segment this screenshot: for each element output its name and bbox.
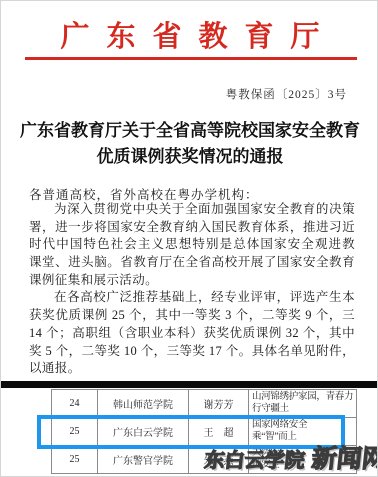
body-line: 在各高校广泛推荐基础上，经专业评审，评选产生本科组 (29, 289, 355, 307)
body-line: 课例征集和展示活动。 (29, 272, 355, 290)
cell-person: 谢芳芳 (189, 390, 249, 418)
page-break-band (1, 381, 378, 388)
body-line: 奖 5 个，二等奖 10 个，三等奖 17 个。具体名单见附件，现予 (29, 343, 355, 361)
cell-course-title: 山河锦绣护家园，青春力 行守疆土 (249, 390, 357, 418)
notice-document-page: 广东省教育厅 粤教保函〔2025〕3号 广东省教育厅关于全省高等院校国家安全教育… (0, 0, 378, 477)
cell-school: 韩山师范学院 (98, 390, 189, 418)
table-row: 24 韩山师范学院 谢芳芳 山河锦绣护家园，青春力 行守疆土 (52, 390, 357, 418)
body-line: 为深入贯彻党中央关于全面加强国家安全教育的决策部 (29, 201, 355, 219)
course-title-line: 山河锦绣护家园，青春力 (252, 392, 353, 404)
notice-title-line-2: 优质课例获奖情况的通报 (1, 144, 378, 170)
notice-title: 广东省教育厅关于全省高等院校国家安全教育 优质课例获奖情况的通报 (1, 118, 378, 170)
notice-title-line-1: 广东省教育厅关于全省高等院校国家安全教育 (1, 118, 378, 144)
body-line: 课堂、进头脑。省教育厅在全省高校开展了国家安全教育优质 (29, 254, 355, 272)
body-line: 署，进一步将国家安全教育纳入国民教育体系，推进习近平新 (29, 219, 355, 237)
cell-school: 广东警官学院 (98, 446, 189, 474)
body-line: 获奖优质课例 25 个，其中一等奖 3 个，二等奖 9 个，三等奖 (29, 307, 355, 325)
body-line: 14 个；高职组（含职业本科）获奖优质课例 32 个，其中一等 (29, 325, 355, 343)
course-title-line: 行守疆土 (252, 404, 353, 416)
body-line: 时代中国特色社会主义思想特别是总体国家安全观进教材、进 (29, 236, 355, 254)
watermark-site-name: 东白云学院 (203, 450, 305, 472)
cell-index: 25 (52, 446, 98, 474)
agency-header: 广东省教育厅 (1, 14, 378, 55)
watermark: 东白云学院新闻网 (203, 439, 378, 475)
doc-number: 粤教保函〔2025〕3号 (226, 86, 347, 102)
body-text: 为深入贯彻党中央关于全面加强国家安全教育的决策部 署，进一步将国家安全教育纳入国… (29, 201, 355, 378)
red-divider (25, 57, 357, 60)
body-line: 以通报。 (29, 360, 355, 378)
cell-index: 24 (52, 390, 98, 418)
watermark-news-label: 新闻网 (310, 445, 378, 473)
